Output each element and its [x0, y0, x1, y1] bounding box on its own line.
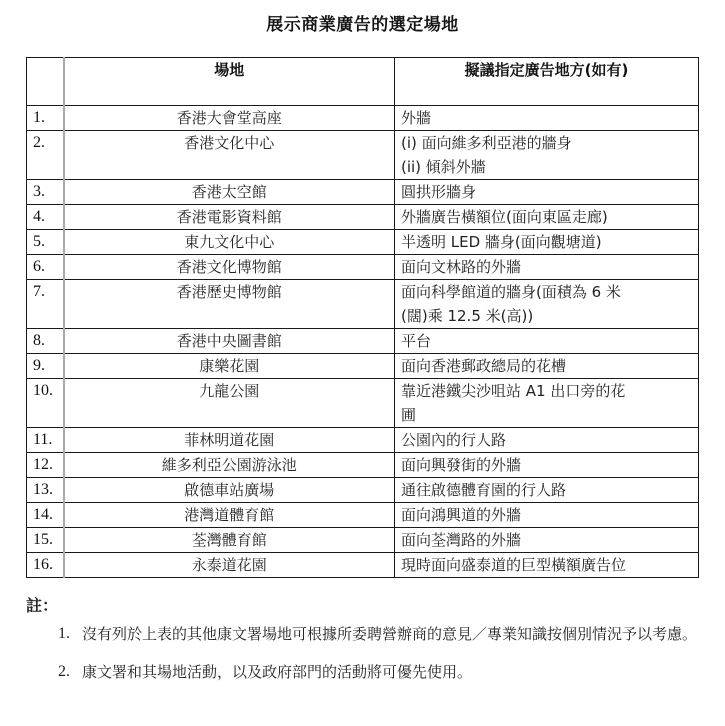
ad-location-line: 靠近港鐵尖沙咀站 A1 出口旁的花	[401, 379, 694, 403]
venue-name: 康樂花園	[64, 354, 395, 379]
ad-location-line: 圃	[401, 403, 694, 427]
ad-location-line: 半透明 LED 牆身(面向觀塘道)	[401, 230, 694, 254]
table-row: 5. 東九文化中心 半透明 LED 牆身(面向觀塘道)	[27, 230, 699, 255]
ad-location-line: 面向文林路的外牆	[401, 255, 694, 279]
row-number: 5.	[27, 230, 64, 255]
row-number: 1.	[27, 106, 64, 131]
ad-location: 面向鴻興道的外牆	[395, 503, 699, 528]
venue-name: 維多利亞公園游泳池	[64, 453, 395, 478]
ad-location: 面向科學館道的牆身(面積為 6 米(闊)乘 12.5 米(高))	[395, 280, 699, 329]
ad-location: (i) 面向維多利亞港的牆身(ii) 傾斜外牆	[395, 131, 699, 180]
row-number: 7.	[27, 280, 64, 329]
table-row: 15. 荃灣體育館 面向荃灣路的外牆	[27, 528, 699, 553]
row-number: 3.	[27, 180, 64, 205]
ad-location: 面向荃灣路的外牆	[395, 528, 699, 553]
ad-location: 面向興發街的外牆	[395, 453, 699, 478]
ad-location-line: 現時面向盛泰道的巨型橫額廣告位	[401, 553, 694, 577]
row-number: 12.	[27, 453, 64, 478]
ad-location-line: 面向科學館道的牆身(面積為 6 米	[401, 280, 694, 304]
row-number: 15.	[27, 528, 64, 553]
notes-section: 註： 1. 沒有列於上表的其他康文署場地可根據所委聘營辦商的意見／專業知識按個別…	[26, 593, 706, 684]
ad-location-line: 外牆廣告橫額位(面向東區走廊)	[401, 205, 694, 229]
row-number: 8.	[27, 329, 64, 354]
row-number: 16.	[27, 553, 64, 578]
ad-location: 平台	[395, 329, 699, 354]
venue-name: 香港中央圖書館	[64, 329, 395, 354]
venue-name: 香港電影資料館	[64, 205, 395, 230]
ad-location-line: (闊)乘 12.5 米(高))	[401, 304, 694, 328]
ad-location: 圓拱形牆身	[395, 180, 699, 205]
venue-name: 菲林明道花園	[64, 428, 395, 453]
table-row: 2. 香港文化中心 (i) 面向維多利亞港的牆身(ii) 傾斜外牆	[27, 131, 699, 180]
venue-name: 香港文化中心	[64, 131, 395, 180]
table-row: 12. 維多利亞公園游泳池 面向興發街的外牆	[27, 453, 699, 478]
table-row: 10. 九龍公園 靠近港鐵尖沙咀站 A1 出口旁的花圃	[27, 379, 699, 428]
ad-location-line: 面向荃灣路的外牆	[401, 528, 694, 552]
venue-name: 東九文化中心	[64, 230, 395, 255]
row-number: 14.	[27, 503, 64, 528]
note-text: 康文署和其場地活動，以及政府部門的活動將可優先使用。	[82, 663, 472, 681]
table-row: 14. 港灣道體育館 面向鴻興道的外牆	[27, 503, 699, 528]
venue-name: 香港歷史博物館	[64, 280, 395, 329]
ad-location: 公園內的行人路	[395, 428, 699, 453]
ad-location-line: 面向香港郵政總局的花槽	[401, 354, 694, 378]
venue-name: 荃灣體育館	[64, 528, 395, 553]
ad-location: 現時面向盛泰道的巨型橫額廣告位	[395, 553, 699, 578]
row-number: 2.	[27, 131, 64, 180]
table-row: 13. 啟德車站廣場 通往啟德體育園的行人路	[27, 478, 699, 503]
ad-location-line: 公園內的行人路	[401, 428, 694, 452]
ad-location: 靠近港鐵尖沙咀站 A1 出口旁的花圃	[395, 379, 699, 428]
ad-location-line: 通往啟德體育園的行人路	[401, 478, 694, 502]
table-row: 11. 菲林明道花園 公園內的行人路	[27, 428, 699, 453]
ad-location-line: 平台	[401, 329, 694, 353]
note-text: 沒有列於上表的其他康文署場地可根據所委聘營辦商的意見／專業知識按個別情況予以考慮…	[82, 625, 697, 643]
venue-name: 永泰道花園	[64, 553, 395, 578]
row-number: 6.	[27, 255, 64, 280]
ad-location: 外牆廣告橫額位(面向東區走廊)	[395, 205, 699, 230]
ad-location-line: 面向興發街的外牆	[401, 453, 694, 477]
table-row: 8. 香港中央圖書館 平台	[27, 329, 699, 354]
venues-table: 場地 擬議指定廣告地方(如有) 1. 香港大會堂高座 外牆 2. 香港文化中心 …	[26, 57, 699, 578]
note-number: 1.	[58, 622, 70, 646]
ad-location: 外牆	[395, 106, 699, 131]
column-header-venue: 場地	[64, 58, 395, 106]
ad-location-line: 面向鴻興道的外牆	[401, 503, 694, 527]
ad-location: 通往啟德體育園的行人路	[395, 478, 699, 503]
venue-name: 香港文化博物館	[64, 255, 395, 280]
ad-location: 面向香港郵政總局的花槽	[395, 354, 699, 379]
row-number: 10.	[27, 379, 64, 428]
table-row: 16. 永泰道花園 現時面向盛泰道的巨型橫額廣告位	[27, 553, 699, 578]
document-title: 展示商業廣告的選定場地	[0, 10, 725, 35]
row-number: 9.	[27, 354, 64, 379]
venue-name: 香港太空館	[64, 180, 395, 205]
venue-name: 港灣道體育館	[64, 503, 395, 528]
notes-heading: 註：	[26, 593, 706, 616]
venue-name: 啟德車站廣場	[64, 478, 395, 503]
ad-location-line: (ii) 傾斜外牆	[401, 155, 694, 179]
ad-location-line: (i) 面向維多利亞港的牆身	[401, 131, 694, 155]
table-row: 3. 香港太空館 圓拱形牆身	[27, 180, 699, 205]
table-row: 6. 香港文化博物館 面向文林路的外牆	[27, 255, 699, 280]
note-item: 2. 康文署和其場地活動，以及政府部門的活動將可優先使用。	[26, 660, 706, 684]
ad-location: 半透明 LED 牆身(面向觀塘道)	[395, 230, 699, 255]
row-number: 13.	[27, 478, 64, 503]
table-header-row: 場地 擬議指定廣告地方(如有)	[27, 58, 699, 106]
ad-location-line: 外牆	[401, 106, 694, 130]
ad-location-line: 圓拱形牆身	[401, 180, 694, 204]
table-row: 1. 香港大會堂高座 外牆	[27, 106, 699, 131]
venue-name: 香港大會堂高座	[64, 106, 395, 131]
table-row: 9. 康樂花園 面向香港郵政總局的花槽	[27, 354, 699, 379]
note-number: 2.	[58, 660, 70, 684]
column-header-number	[27, 58, 64, 106]
table-row: 7. 香港歷史博物館 面向科學館道的牆身(面積為 6 米(闊)乘 12.5 米(…	[27, 280, 699, 329]
row-number: 4.	[27, 205, 64, 230]
note-item: 1. 沒有列於上表的其他康文署場地可根據所委聘營辦商的意見／專業知識按個別情況予…	[26, 622, 706, 646]
row-number: 11.	[27, 428, 64, 453]
table-row: 4. 香港電影資料館 外牆廣告橫額位(面向東區走廊)	[27, 205, 699, 230]
column-header-location: 擬議指定廣告地方(如有)	[395, 58, 699, 106]
venue-name: 九龍公園	[64, 379, 395, 428]
ad-location: 面向文林路的外牆	[395, 255, 699, 280]
